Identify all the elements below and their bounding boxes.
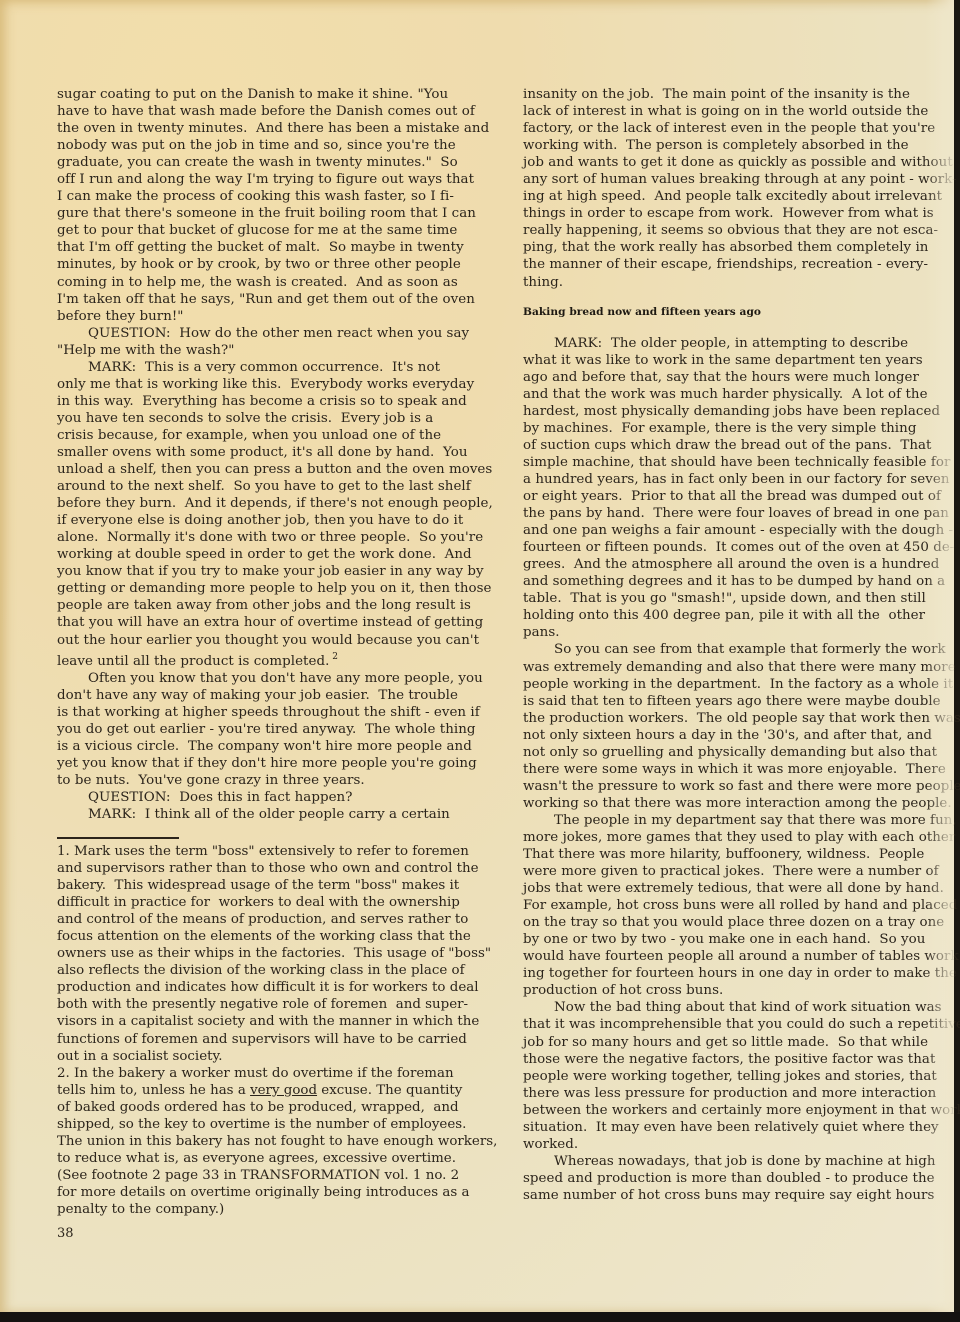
text-line: off I run and along the way I'm trying t… <box>57 171 497 188</box>
text-line: bakery. This widespread usage of the ter… <box>57 877 502 894</box>
text-line: alone. Normally it's done with two or th… <box>57 529 497 546</box>
text-line: QUESTION: How do the other men react whe… <box>57 325 497 342</box>
text-line: and control of the means of production, … <box>57 911 502 928</box>
text-line: only me that is working like this. Every… <box>57 376 497 393</box>
text-line: smaller ovens with some product, it's al… <box>57 444 497 461</box>
text-line: the oven in twenty minutes. And there ha… <box>57 120 497 137</box>
text-line: 2. In the bakery a worker must do overti… <box>57 1065 502 1082</box>
text-line: penalty to the company.) <box>57 1201 502 1218</box>
text-line: ing together for fourteen hours in one d… <box>523 965 953 982</box>
underlined-text: very good <box>250 1083 317 1098</box>
text-line: simple machine, that should have been te… <box>523 454 953 471</box>
text-line: is a vicious circle. The company won't h… <box>57 738 497 755</box>
text-line: unload a shelf, then you can press a but… <box>57 461 497 478</box>
text-line: not only sixteen hours a day in the '30'… <box>523 727 953 744</box>
text-line: MARK: This is a very common occurrence. … <box>57 359 497 376</box>
text-line: and supervisors rather than to those who… <box>57 860 502 877</box>
text-line: of suction cups which draw the bread out… <box>523 437 953 454</box>
text-line: thing. <box>523 274 953 291</box>
text-line: Whereas nowadays, that job is done by ma… <box>523 1153 953 1170</box>
text-line: The people in my department say that the… <box>523 812 953 829</box>
text-line: a hundred years, has in fact only been i… <box>523 471 953 488</box>
text-line: those were the negative factors, the pos… <box>523 1051 953 1068</box>
text-line: was extremely demanding and also that th… <box>523 659 953 676</box>
text-line: grees. And the atmosphere all around the… <box>523 556 953 573</box>
text-line: production and indicates how difficult i… <box>57 979 502 996</box>
text-line: wasn't the pressure to work so fast and … <box>523 778 953 795</box>
text-line: MARK: I think all of the older people ca… <box>57 806 497 823</box>
text-line: between the workers and certainly more e… <box>523 1102 953 1119</box>
text-line: people are taken away from other jobs an… <box>57 597 497 614</box>
text-line: by machines. For example, there is the v… <box>523 420 953 437</box>
text-line: sugar coating to put on the Danish to ma… <box>57 86 497 103</box>
text-line: job for so many hours and get so little … <box>523 1034 953 1051</box>
text-line: ping, that the work really has absorbed … <box>523 239 953 256</box>
text-line: shipped, so the key to overtime is the n… <box>57 1116 502 1133</box>
text-line: tells him to, unless he has a very good … <box>57 1082 502 1099</box>
footnote-divider <box>57 837 179 839</box>
text-line: don't have any way of making your job ea… <box>57 687 497 704</box>
text-line: jobs that were extremely tedious, that w… <box>523 880 953 897</box>
text-line: of baked goods ordered has to be produce… <box>57 1099 502 1116</box>
text-line: ing at high speed. And people talk excit… <box>523 188 953 205</box>
page-number: 38 <box>57 1226 74 1241</box>
text-line: So you can see from that example that fo… <box>523 641 953 658</box>
text-line: if everyone else is doing another job, t… <box>57 512 497 529</box>
text-line: people working in the department. In the… <box>523 676 953 693</box>
text-line: same number of hot cross buns may requir… <box>523 1187 953 1204</box>
text-line: any sort of human values breaking throug… <box>523 171 953 188</box>
text-line: working at double speed in order to get … <box>57 546 497 563</box>
text-line: there were some ways in which it was mor… <box>523 761 953 778</box>
text-line: to reduce what is, as everyone agrees, e… <box>57 1150 502 1167</box>
text-line: before they burn!" <box>57 308 497 325</box>
text-line: minutes, by hook or by crook, by two or … <box>57 256 497 273</box>
text-line: job and wants to get it done as quickly … <box>523 154 953 171</box>
text-line: That there was more hilarity, buffoonery… <box>523 846 953 863</box>
text-line: nobody was put on the job in time and so… <box>57 137 497 154</box>
text-line: and one pan weighs a fair amount - espec… <box>523 522 953 539</box>
text-line: hardest, most physically demanding jobs … <box>523 403 953 420</box>
text-line: or eight years. Prior to that all the br… <box>523 488 953 505</box>
text-line: focus attention on the elements of the w… <box>57 928 502 945</box>
text-line: I'm taken off that he says, "Run and get… <box>57 291 497 308</box>
text-line: you know that if you try to make your jo… <box>57 563 497 580</box>
text-line: gure that there's someone in the fruit b… <box>57 205 497 222</box>
text-line: getting or demanding more people to help… <box>57 580 497 597</box>
text-line: visors in a capitalist society and with … <box>57 1013 502 1030</box>
text-line: pans. <box>523 624 953 641</box>
text-line: crisis because, for example, when you un… <box>57 427 497 444</box>
text-line: fourteen or fifteen pounds. It comes out… <box>523 539 953 556</box>
text-line: on the tray so that you would place thre… <box>523 914 953 931</box>
text-line: worked. <box>523 1136 953 1153</box>
text-line: For example, hot cross buns were all rol… <box>523 897 953 914</box>
text-line: functions of foremen and supervisors wil… <box>57 1031 502 1048</box>
text-line: you have ten seconds to solve the crisis… <box>57 410 497 427</box>
text-line: were more given to practical jokes. Ther… <box>523 863 953 880</box>
document-page: sugar coating to put on the Danish to ma… <box>0 0 954 1312</box>
text-line: (See footnote 2 page 33 in TRANSFORMATIO… <box>57 1167 502 1184</box>
text-line: MARK: The older people, in attempting to… <box>523 335 953 352</box>
text-line: QUESTION: Does this in fact happen? <box>57 789 497 806</box>
text-line: leave until all the product is completed… <box>57 649 497 670</box>
text-line: production of hot cross buns. <box>523 982 953 999</box>
text-line: Often you know that you don't have any m… <box>57 670 497 687</box>
text-line: insanity on the job. The main point of t… <box>523 86 953 103</box>
text-line: people were working together, telling jo… <box>523 1068 953 1085</box>
right-column-text-before-heading: insanity on the job. The main point of t… <box>523 86 953 291</box>
text-line: in this way. Everything has become a cri… <box>57 393 497 410</box>
text-line: the manner of their escape, friendships,… <box>523 256 953 273</box>
text-line: both with the presently negative role of… <box>57 996 502 1013</box>
text-line: The union in this bakery has not fought … <box>57 1133 502 1150</box>
text-line: that it was incomprehensible that you co… <box>523 1016 953 1033</box>
text-line: lack of interest in what is going on in … <box>523 103 953 120</box>
text-line: ago and before that, say that the hours … <box>523 369 953 386</box>
text-line: things in order to escape from work. How… <box>523 205 953 222</box>
text-line: for more details on overtime originally … <box>57 1184 502 1201</box>
scan-edge <box>0 1312 960 1322</box>
text-line: you do get out earlier - you're tired an… <box>57 721 497 738</box>
text-line: factory, or the lack of interest even in… <box>523 120 953 137</box>
footnotes: 1. Mark uses the term "boss" extensively… <box>57 843 502 1218</box>
text-line: working so that there was more interacti… <box>523 795 953 812</box>
text-line: that you will have an extra hour of over… <box>57 614 497 631</box>
text-line: Now the bad thing about that kind of wor… <box>523 999 953 1016</box>
text-line: table. That is you go "smash!", upside d… <box>523 590 953 607</box>
section-heading: Baking bread now and fifteen years ago <box>523 304 953 321</box>
text-line: speed and production is more than double… <box>523 1170 953 1187</box>
text-line: out in a socialist society. <box>57 1048 502 1065</box>
text-line: that I'm off getting the bucket of malt.… <box>57 239 497 256</box>
text-line: to be nuts. You've gone crazy in three y… <box>57 772 497 789</box>
text-line: what it was like to work in the same dep… <box>523 352 953 369</box>
text-line: before they burn. And it depends, if the… <box>57 495 497 512</box>
text-line: the pans by hand. There were four loaves… <box>523 505 953 522</box>
text-line: yet you know that if they don't hire mor… <box>57 755 497 772</box>
text-line: situation. It may even have been relativ… <box>523 1119 953 1136</box>
right-column: insanity on the job. The main point of t… <box>523 86 953 1204</box>
text-line: 1. Mark uses the term "boss" extensively… <box>57 843 502 860</box>
text-line: is that working at higher speeds through… <box>57 704 497 721</box>
text-line: get to pour that bucket of glucose for m… <box>57 222 497 239</box>
text-line: out the hour earlier you thought you wou… <box>57 632 497 649</box>
text-line: the production workers. The old people s… <box>523 710 953 727</box>
text-line: graduate, you can create the wash in twe… <box>57 154 497 171</box>
footnote-reference: 2 <box>329 652 338 662</box>
text-line: around to the next shelf. So you have to… <box>57 478 497 495</box>
text-line: holding onto this 400 degree pan, pile i… <box>523 607 953 624</box>
text-line: more jokes, more games that they used to… <box>523 829 953 846</box>
text-line: by one or two by two - you make one in e… <box>523 931 953 948</box>
text-line: have to have that wash made before the D… <box>57 103 497 120</box>
right-column-text-after-heading: MARK: The older people, in attempting to… <box>523 335 953 1204</box>
left-column: sugar coating to put on the Danish to ma… <box>57 86 497 823</box>
text-line: and that the work was much harder physic… <box>523 386 953 403</box>
text-line: I can make the process of cooking this w… <box>57 188 497 205</box>
text-line: difficult in practice for workers to dea… <box>57 894 502 911</box>
text-line: there was less pressure for production a… <box>523 1085 953 1102</box>
text-line: is said that ten to fifteen years ago th… <box>523 693 953 710</box>
text-line: coming in to help me, the wash is create… <box>57 274 497 291</box>
text-line: working with. The person is completely a… <box>523 137 953 154</box>
text-line: would have fourteen people all around a … <box>523 948 953 965</box>
text-line: also reflects the division of the workin… <box>57 962 502 979</box>
text-line: owners use as their whips in the factori… <box>57 945 502 962</box>
text-line: "Help me with the wash?" <box>57 342 497 359</box>
text-line: and something degrees and it has to be d… <box>523 573 953 590</box>
text-line: not only so gruelling and physically dem… <box>523 744 953 761</box>
text-line: really happening, it seems so obvious th… <box>523 222 953 239</box>
